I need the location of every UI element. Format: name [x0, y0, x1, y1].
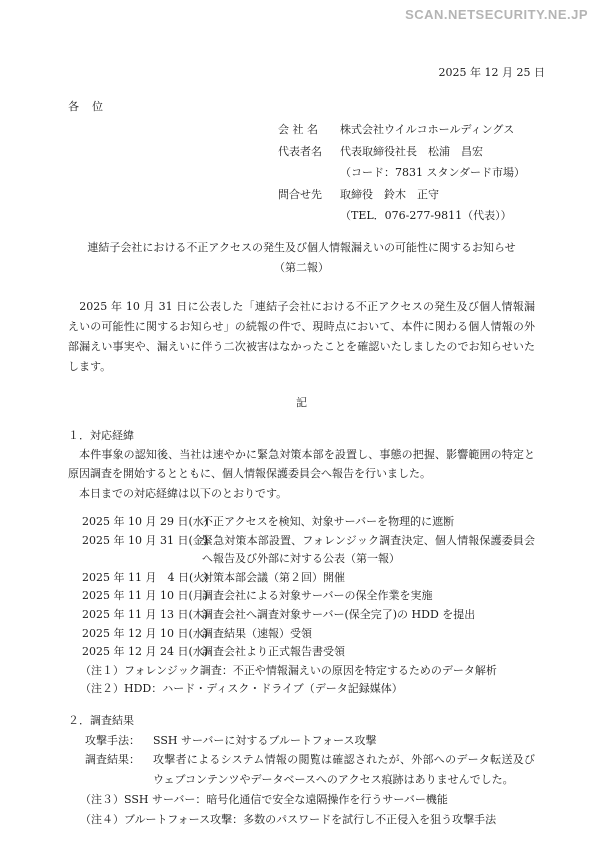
timeline-text: 調査会社より正式報告書受領 [202, 643, 535, 662]
sender-row-representative: 代表者名 代表取締役社長 松浦 昌宏 [278, 141, 535, 163]
timeline: 2025 年 10 月 29 日(水) 不正アクセスを検知、対象サーバーを物理的… [82, 513, 535, 662]
note-2: （注２）HDD：ハード・ディスク・ドライブ（データ記録媒体） [80, 680, 535, 699]
section1-paragraph1: 本件事象の認知後、当社は速やかに緊急対策本部を設置し、事態の把握、影響範囲の特定… [68, 445, 535, 484]
sender-value: （コード：7831 スタンダード市場） [340, 162, 535, 184]
attack-method-label: 攻撃手法： [85, 731, 153, 751]
timeline-row: 2025 年 12 月 24 日(水) 調査会社より正式報告書受領 [82, 643, 535, 662]
sender-label [278, 162, 340, 184]
watermark: SCAN.NETSECURITY.NE.JP [405, 5, 588, 24]
timeline-date: 2025 年 11 月 13 日(木) [82, 606, 202, 625]
sender-row-telephone: （TEL．076-277-9811（代表）） [278, 205, 535, 227]
section1-heading: １．対応経緯 [68, 426, 535, 445]
section1-notes: （注１）フォレンジック調査：不正や情報漏えいの原因を特定するためのデータ解析 （… [80, 662, 535, 699]
sender-value: 代表取締役社長 松浦 昌宏 [340, 141, 535, 163]
investigation-result-label: 調査結果： [85, 750, 153, 789]
note-4: （注４）ブルートフォース攻撃：多数のパスワードを試行し不正侵入を狙う攻撃手法 [80, 810, 535, 830]
investigation-results: 攻撃手法： SSH サーバーに対するブルートフォース攻撃 調査結果： 攻撃者によ… [85, 731, 535, 790]
sender-label [278, 205, 340, 227]
timeline-text: 調査会社へ調査対象サーバー(保全完了)の HDD を提出 [202, 606, 535, 625]
timeline-row: 2025 年 11 月 13 日(木) 調査会社へ調査対象サーバー(保全完了)の… [82, 606, 535, 625]
document-page: SCAN.NETSECURITY.NE.JP 2025 年 12 月 25 日 … [0, 0, 595, 841]
attack-method-row: 攻撃手法： SSH サーバーに対するブルートフォース攻撃 [85, 731, 535, 751]
lead-paragraph: 2025 年 10 月 31 日に公表した「連結子会社における不正アクセスの発生… [68, 297, 535, 377]
note-3: （注３）SSH サーバー：暗号化通信で安全な遠隔操作を行うサーバー機能 [80, 790, 535, 810]
timeline-date: 2025 年 11 月 4 日(火) [82, 569, 202, 588]
timeline-text: 緊急対策本部設置、フォレンジック調査決定、個人情報保護委員会へ報告及び外部に対す… [202, 532, 535, 569]
timeline-text: 調査会社による対象サーバーの保全作業を実施 [202, 587, 535, 606]
ki-marker: 記 [68, 393, 535, 412]
document-title-line2: （第二報） [68, 258, 535, 278]
timeline-row: 2025 年 11 月 10 日(月) 調査会社による対象サーバーの保全作業を実… [82, 587, 535, 606]
sender-row-stock-code: （コード：7831 スタンダード市場） [278, 162, 535, 184]
section1-paragraph2: 本日までの対応経緯は以下のとおりです。 [68, 484, 535, 504]
sender-row-contact: 問合せ先 取締役 鈴木 正守 [278, 184, 535, 206]
recipient: 各 位 [68, 97, 535, 116]
sender-value: （TEL．076-277-9811（代表）） [340, 205, 535, 227]
timeline-row: 2025 年 10 月 29 日(水) 不正アクセスを検知、対象サーバーを物理的… [82, 513, 535, 532]
sender-label: 代表者名 [278, 141, 340, 163]
timeline-row: 2025 年 12 月 10 日(水) 調査結果（速報）受領 [82, 625, 535, 644]
timeline-text: 対策本部会議（第２回）開催 [202, 569, 535, 588]
note-1: （注１）フォレンジック調査：不正や情報漏えいの原因を特定するためのデータ解析 [80, 662, 535, 681]
timeline-date: 2025 年 12 月 10 日(水) [82, 625, 202, 644]
document-title-line1: 連結子会社における不正アクセスの発生及び個人情報漏えいの可能性に関するお知らせ [68, 238, 535, 258]
timeline-text: 調査結果（速報）受領 [202, 625, 535, 644]
document-title: 連結子会社における不正アクセスの発生及び個人情報漏えいの可能性に関するお知らせ … [68, 238, 535, 278]
sender-label: 会 社 名 [278, 119, 340, 141]
attack-method-text: SSH サーバーに対するブルートフォース攻撃 [153, 731, 535, 751]
timeline-text: 不正アクセスを検知、対象サーバーを物理的に遮断 [202, 513, 535, 532]
section2-heading: ２．調査結果 [68, 711, 535, 730]
sender-block: 会 社 名 株式会社ウイルコホールディングス 代表者名 代表取締役社長 松浦 昌… [278, 119, 535, 227]
timeline-date: 2025 年 12 月 24 日(水) [82, 643, 202, 662]
sender-value: 株式会社ウイルコホールディングス [340, 119, 535, 141]
sender-row-company: 会 社 名 株式会社ウイルコホールディングス [278, 119, 535, 141]
timeline-date: 2025 年 11 月 10 日(月) [82, 587, 202, 606]
investigation-result-text: 攻撃者によるシステム情報の閲覧は確認されたが、外部へのデータ転送及びウェブコンテ… [153, 750, 535, 789]
investigation-result-row: 調査結果： 攻撃者によるシステム情報の閲覧は確認されたが、外部へのデータ転送及び… [85, 750, 535, 789]
timeline-date: 2025 年 10 月 29 日(水) [82, 513, 202, 532]
section2-notes: （注３）SSH サーバー：暗号化通信で安全な遠隔操作を行うサーバー機能 （注４）… [80, 790, 535, 829]
sender-label: 問合せ先 [278, 184, 340, 206]
timeline-date: 2025 年 10 月 31 日(金) [82, 532, 202, 569]
sender-value: 取締役 鈴木 正守 [340, 184, 535, 206]
timeline-row: 2025 年 11 月 4 日(火) 対策本部会議（第２回）開催 [82, 569, 535, 588]
timeline-row: 2025 年 10 月 31 日(金) 緊急対策本部設置、フォレンジック調査決定… [82, 532, 535, 569]
